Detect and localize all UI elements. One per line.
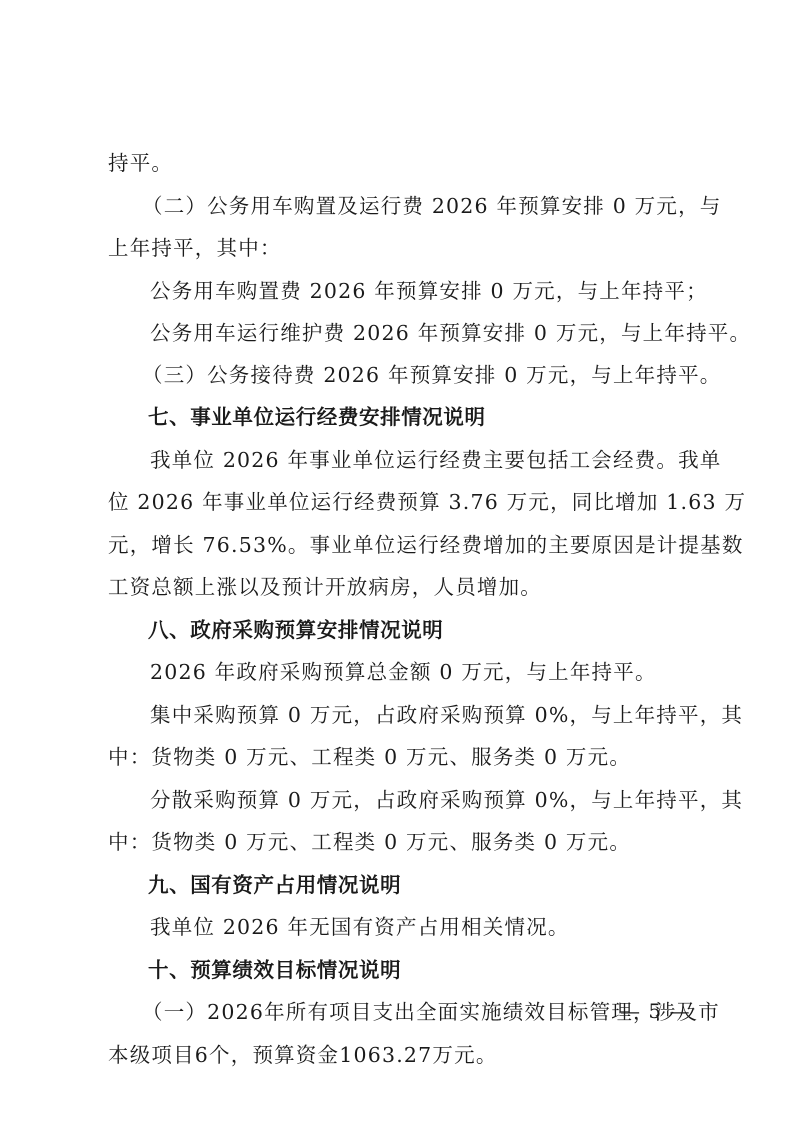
paragraph-line: 位 2026 年事业单位运行经费预算 3.76 万元，同比增加 1.63 万 bbox=[108, 488, 746, 516]
paragraph-line: 工资总额上涨以及预计开放病房，人员增加。 bbox=[108, 573, 542, 601]
paragraph-line: 上年持平，其中： bbox=[108, 234, 282, 262]
section-heading-7: 七、事业单位运行经费安排情况说明 bbox=[148, 403, 486, 431]
paragraph-line: 公务用车购置费 2026 年预算安排 0 万元，与上年持平； bbox=[150, 277, 708, 305]
paragraph-line: 分散采购预算 0 万元，占政府采购预算 0%，与上年持平，其 bbox=[150, 786, 743, 814]
section-heading-8: 八、政府采购预算安排情况说明 bbox=[148, 616, 443, 644]
paragraph-line: 中：货物类 0 万元、工程类 0 万元、服务类 0 万元。 bbox=[108, 743, 631, 771]
paragraph-line: 我单位 2026 年无国有资产占用相关情况。 bbox=[150, 913, 570, 941]
section-heading-9: 九、国有资产占用情况说明 bbox=[148, 871, 401, 899]
paragraph-line: 本级项目6个，预算资金1063.27万元。 bbox=[108, 1041, 498, 1069]
paragraph-line: 2026 年政府采购预算总金额 0 万元，与上年持平。 bbox=[150, 658, 657, 686]
page-number: — 5 — bbox=[620, 997, 690, 1025]
paragraph-line: 中：货物类 0 万元、工程类 0 万元、服务类 0 万元。 bbox=[108, 828, 631, 856]
paragraph-line: 持平。 bbox=[108, 149, 173, 177]
document-page: 持平。 （二）公务用车购置及运行费 2026 年预算安排 0 万元，与 上年持平… bbox=[0, 0, 800, 1131]
paragraph-line: 元，增长 76.53%。事业单位运行经费增加的主要原因是计提基数 bbox=[108, 531, 744, 559]
section-heading-10: 十、预算绩效目标情况说明 bbox=[148, 956, 401, 984]
paragraph-line: 集中采购预算 0 万元，占政府采购预算 0%，与上年持平，其 bbox=[150, 701, 743, 729]
paragraph-line: （三）公务接待费 2026 年预算安排 0 万元，与上年持平。 bbox=[142, 361, 721, 389]
paragraph-line: （二）公务用车购置及运行费 2026 年预算安排 0 万元，与 bbox=[142, 192, 721, 220]
paragraph-line: 我单位 2026 年事业单位运行经费主要包括工会经费。我单 bbox=[150, 446, 722, 474]
paragraph-line: 公务用车运行维护费 2026 年预算安排 0 万元，与上年持平。 bbox=[150, 319, 751, 347]
